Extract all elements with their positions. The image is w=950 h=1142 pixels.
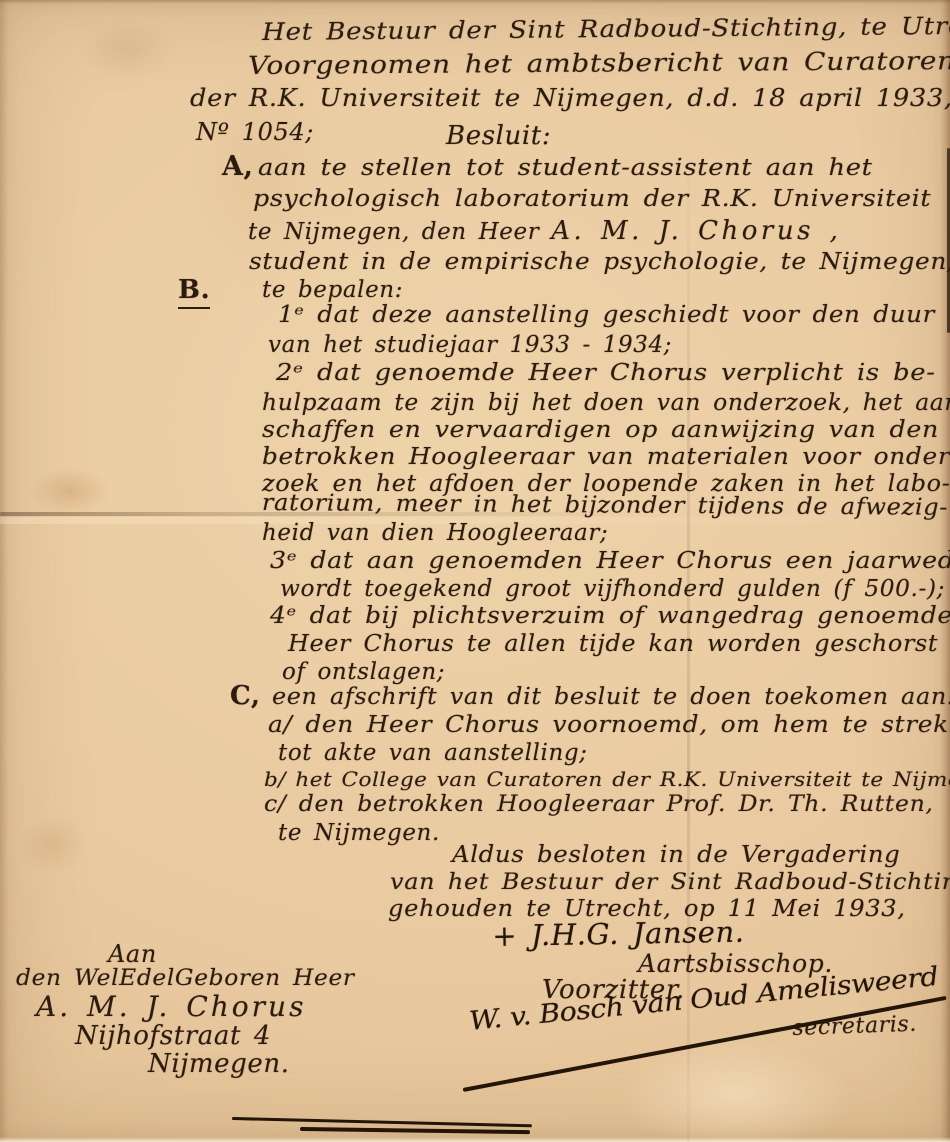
- point-b-sub2-line-4: betrokken Hoogleeraar van materialen voo…: [262, 444, 950, 470]
- point-b-sub1-line-2: van het studiejaar 1933 - 1934;: [268, 332, 672, 358]
- address-street: Nijhofstraat 4: [75, 1022, 271, 1052]
- header-line-3: der R.K. Universiteit te Nijmegen, d.d. …: [190, 85, 950, 113]
- point-b-label: B.: [178, 276, 210, 309]
- point-c-line-1: een afschrift van dit besluit te doen to…: [272, 684, 950, 710]
- point-b-sub2-line-1: 2ᵉ dat genoemde Heer Chorus verplicht is…: [276, 360, 936, 386]
- point-c-label: C,: [230, 682, 261, 712]
- point-c-line-3: tot akte van aanstelling;: [278, 740, 588, 766]
- point-a-label: A,: [222, 151, 254, 182]
- address-city: Nijmegen.: [148, 1050, 290, 1080]
- address-recipient-name: A. M. J. Chorus: [36, 991, 306, 1023]
- point-a-line-3: te Nijmegen, den Heer A. M. J. Chorus ,: [248, 217, 841, 247]
- point-b-sub4-line-3: of ontslagen;: [282, 659, 445, 685]
- point-b-sub1-line-1: 1ᵉ dat deze aanstelling geschiedt voor d…: [278, 302, 935, 328]
- point-b-sub4-line-1: 4ᵉ dat bij plichtsverzuim of wangedrag g…: [270, 603, 950, 629]
- header-reference-number: Nº 1054;: [196, 119, 314, 147]
- address-underline-1: [232, 1117, 532, 1127]
- point-b-sub2-line-6: ratorium, meer in het bijzonder tijdens …: [262, 490, 948, 521]
- page-left-edge: [0, 0, 8, 1142]
- besluit-heading: Besluit:: [446, 122, 551, 152]
- point-a-line-4: student in de empirische psychologie, te…: [249, 249, 950, 275]
- stain: [80, 20, 175, 80]
- page-top-edge: [0, 0, 950, 4]
- point-a-line-1: aan te stellen tot student-assistent aan…: [258, 155, 873, 181]
- point-b-sub3-line-2: wordt toegekend groot vijfhonderd gulden…: [280, 576, 945, 602]
- point-b-sub3-line-1: 3ᵉ dat aan genoemden Heer Chorus een jaa…: [270, 548, 950, 574]
- point-b-sub2-line-3: schaffen en vervaardigen op aanwijzing v…: [262, 417, 939, 443]
- appointee-name: A. M. J. Chorus ,: [551, 216, 841, 246]
- point-c-line-2: a/ den Heer Chorus voornoemd, om hem te …: [268, 712, 950, 738]
- closing-line-2: van het Bestuur der Sint Radboud-Stichti…: [390, 870, 950, 895]
- point-b-sub2-line-2: hulpzaam te zijn bij het doen van onderz…: [262, 390, 950, 416]
- header-line-2: Voorgenomen het ambtsbericht van Curator…: [248, 47, 950, 81]
- point-c-line-5: c/ den betrokken Hoogleeraar Prof. Dr. T…: [264, 792, 934, 817]
- point-a-line-2: psychologisch laboratorium der R.K. Univ…: [253, 186, 931, 212]
- closing-line-1: Aldus besloten in de Vergadering: [452, 842, 900, 868]
- stain: [30, 468, 110, 514]
- point-a-line-3-prefix: te Nijmegen, den Heer: [248, 219, 551, 245]
- scanned-letter-page: Het Bestuur der Sint Radboud-Stichting, …: [0, 0, 950, 1142]
- stain: [18, 815, 88, 875]
- chairman-signature: + J.H.G. Jansen.: [492, 916, 745, 954]
- point-b-sub4-line-2: Heer Chorus te allen tijde kan worden ge…: [288, 631, 938, 657]
- point-b-sub2-line-7: heid van dien Hoogleeraar;: [262, 520, 608, 546]
- address-line-2: den WelEdelGeboren Heer: [16, 966, 355, 991]
- address-underline-2: [300, 1127, 530, 1134]
- point-c-line-4: b/ het College van Curatoren der R.K. Un…: [264, 768, 950, 791]
- page-bottom-edge: [0, 1137, 950, 1142]
- header-line-1: Het Bestuur der Sint Radboud-Stichting, …: [262, 12, 950, 46]
- point-b-intro: te bepalen:: [262, 277, 403, 303]
- point-c-line-6: te Nijmegen.: [278, 820, 440, 846]
- address-line-1: Aan: [108, 941, 157, 969]
